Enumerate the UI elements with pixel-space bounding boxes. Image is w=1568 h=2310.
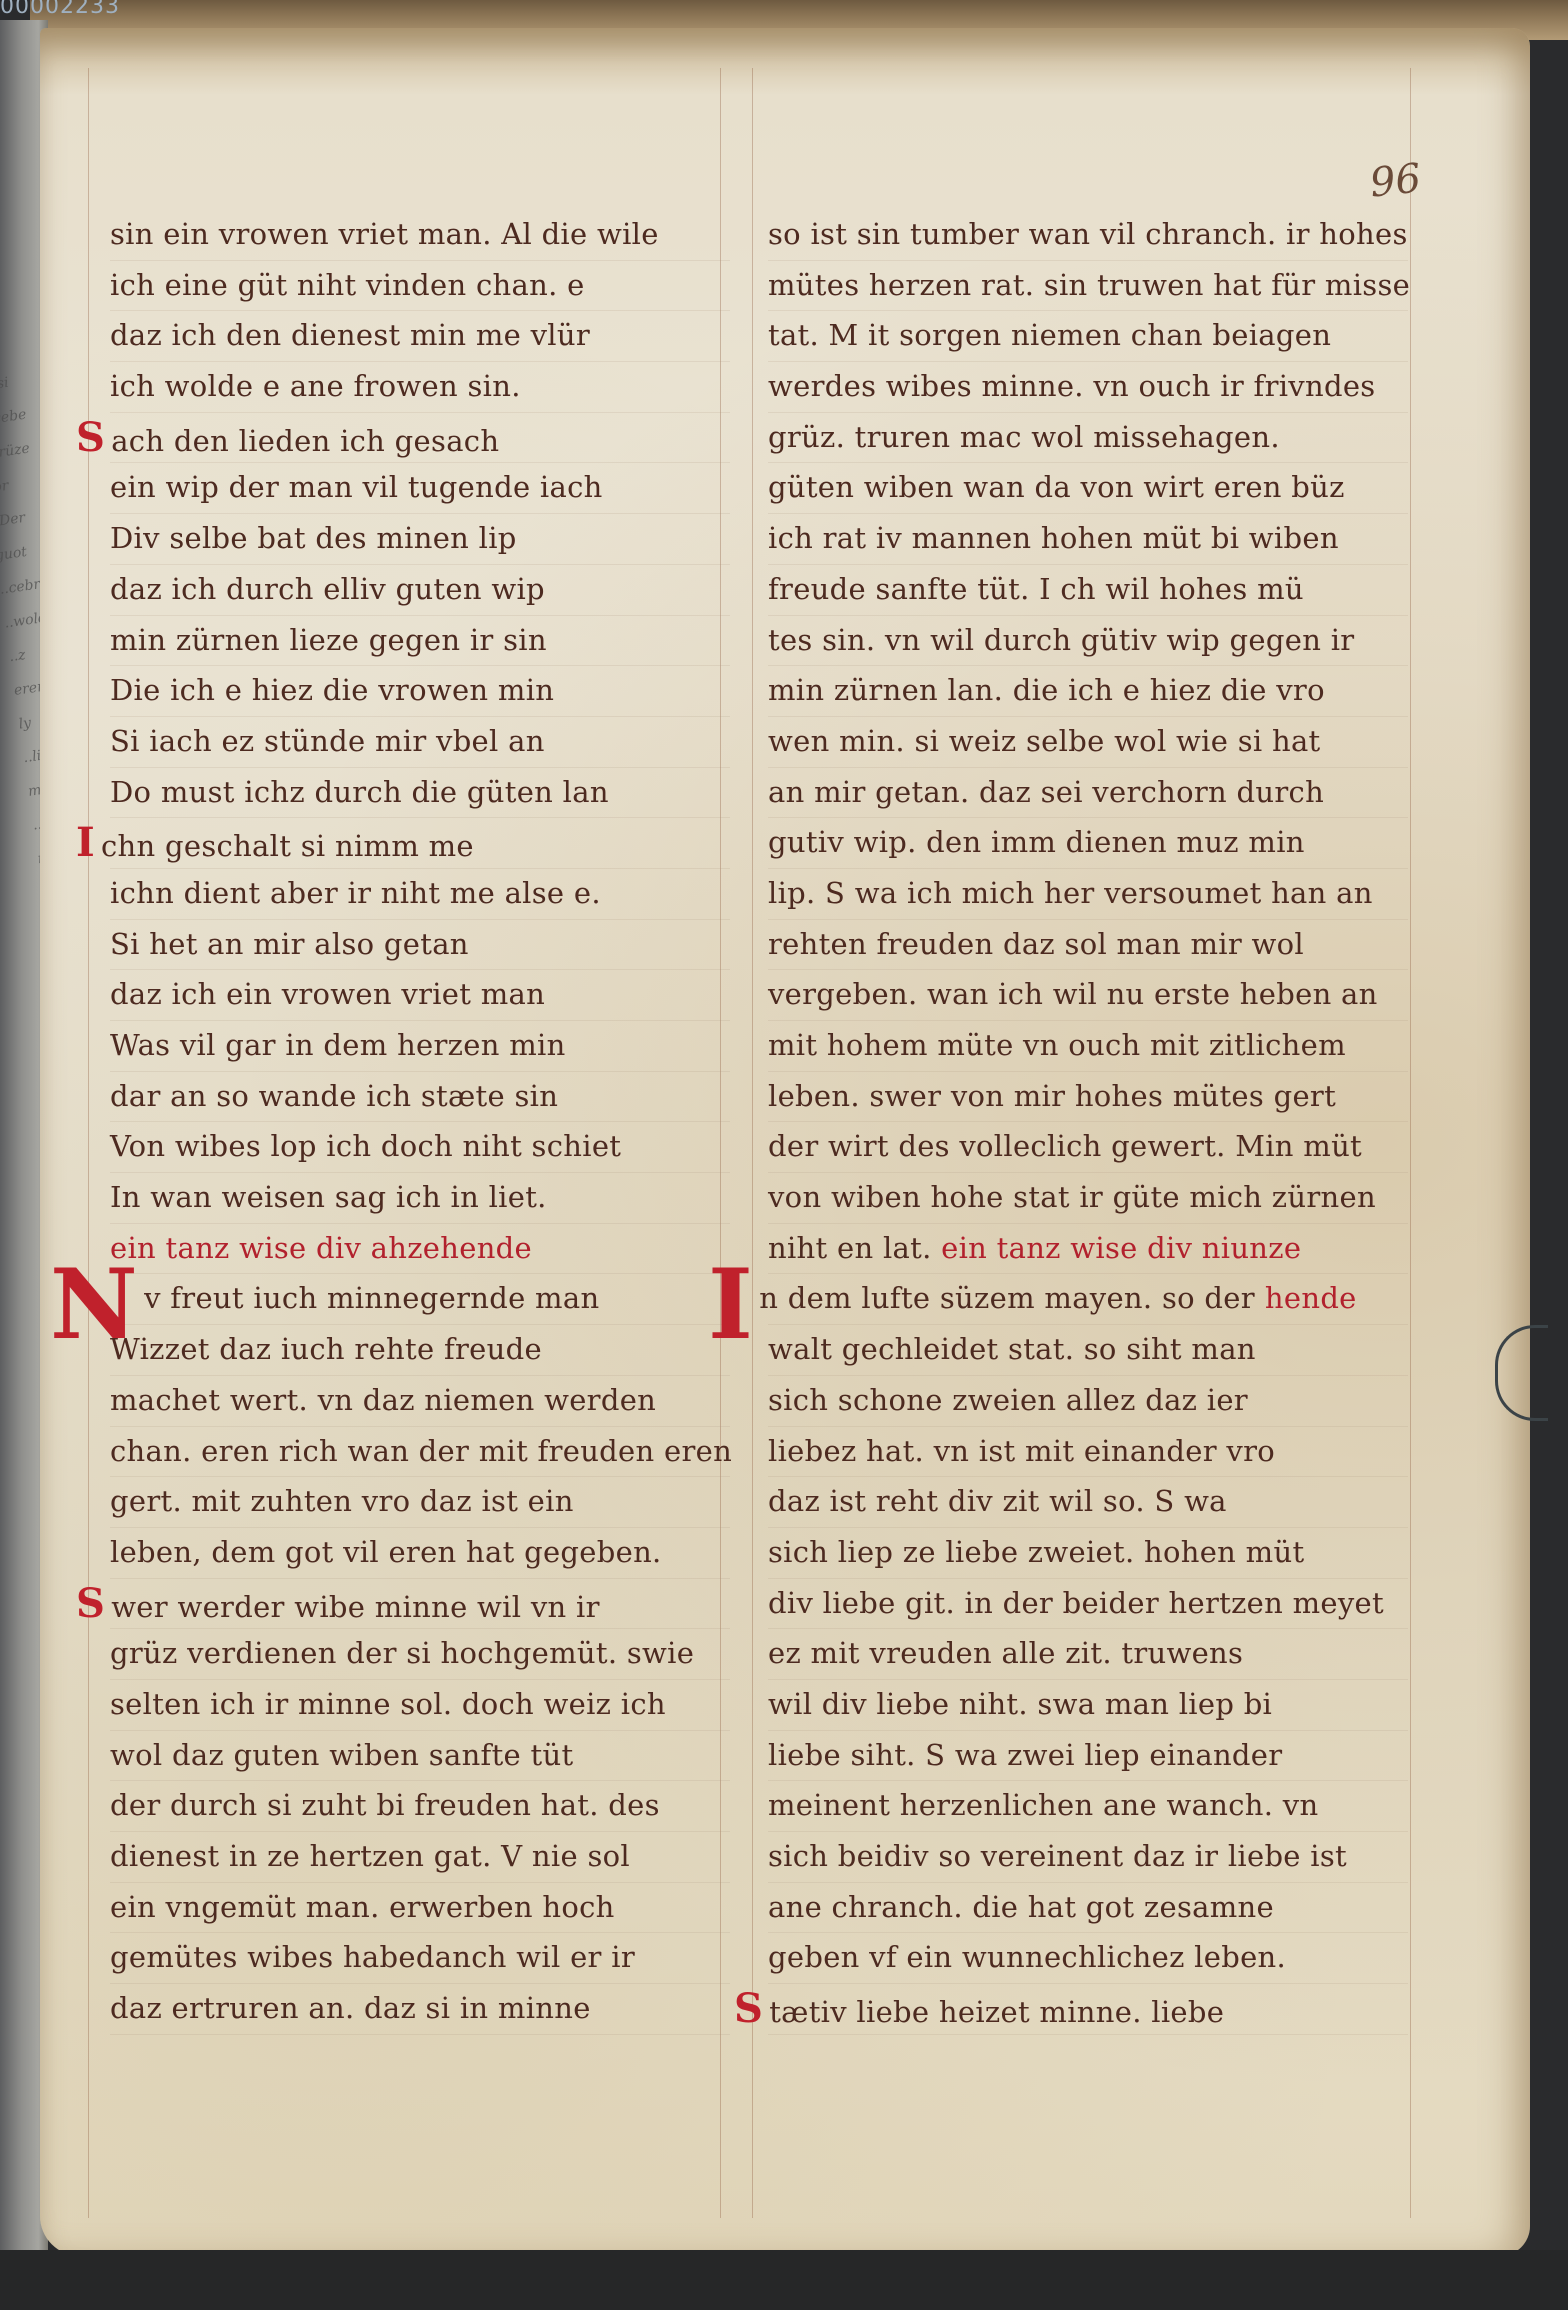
line-text: Si iach ez stünde mir vbel an bbox=[110, 724, 545, 758]
text-line: Von wibes lop ich doch niht schiet bbox=[110, 1122, 730, 1173]
text-line: machet wert. vn daz niemen werden bbox=[110, 1376, 730, 1427]
line-text: Si het an mir also getan bbox=[110, 927, 469, 961]
text-line: ich eine güt niht vinden chan. e bbox=[110, 261, 730, 312]
line-text: niht en lat. bbox=[768, 1231, 941, 1265]
line-text: machet wert. vn daz niemen werden bbox=[110, 1383, 656, 1417]
text-line: güten wiben wan da von wirt eren büz bbox=[768, 463, 1408, 514]
text-line: gutiv wip. den imm dienen muz min bbox=[768, 818, 1408, 869]
text-line: an mir getan. daz sei verchorn durch bbox=[768, 768, 1408, 819]
text-line: vergeben. wan ich wil nu erste heben an bbox=[768, 970, 1408, 1021]
line-text: gert. mit zuhten vro daz ist ein bbox=[110, 1484, 574, 1518]
scan-id-label: 00002233 bbox=[0, 0, 120, 19]
marginal-rubric: hende bbox=[1265, 1281, 1357, 1315]
text-line: sich schone zweien allez daz ier bbox=[768, 1376, 1408, 1427]
line-text: von wiben hohe stat ir güte mich zürnen bbox=[768, 1180, 1376, 1214]
line-text: Div selbe bat des minen lip bbox=[110, 521, 517, 555]
line-text: sin ein vrowen vriet man. Al die wile bbox=[110, 217, 659, 251]
text-line: min zürnen lieze gegen ir sin bbox=[110, 616, 730, 667]
text-line: chan. eren rich wan der mit freuden eren bbox=[110, 1427, 730, 1478]
text-line: In wan weisen sag ich in liet. bbox=[110, 1173, 730, 1224]
line-text: Do must ichz durch die güten lan bbox=[110, 775, 609, 809]
text-line: gert. mit zuhten vro daz ist ein bbox=[110, 1477, 730, 1528]
text-line: min zürnen lan. die ich e hiez die vro bbox=[768, 666, 1408, 717]
line-text: tætiv liebe heizet minne. liebe bbox=[769, 1995, 1224, 2029]
line-text: liebez hat. vn ist mit einander vro bbox=[768, 1434, 1275, 1468]
line-text: ach den lieden ich gesach bbox=[111, 424, 499, 458]
text-line: leben. swer von mir hohes mütes gert bbox=[768, 1072, 1408, 1123]
line-text: min zürnen lan. die ich e hiez die vro bbox=[768, 673, 1325, 707]
line-text: werdes wibes minne. vn ouch ir frivndes bbox=[768, 369, 1375, 403]
text-line: Die ich e hiez die vrowen min bbox=[110, 666, 730, 717]
line-text: ich rat iv mannen hohen müt bi wiben bbox=[768, 521, 1339, 555]
background-bottom bbox=[0, 2250, 1568, 2310]
text-line: tes sin. vn wil durch gütiv wip gegen ir bbox=[768, 616, 1408, 667]
text-line: dar an so wande ich stæte sin bbox=[110, 1072, 730, 1123]
line-text: selten ich ir minne sol. doch weiz ich bbox=[110, 1687, 666, 1721]
red-initial: S bbox=[76, 1579, 105, 1629]
text-line: Si het an mir also getan bbox=[110, 920, 730, 971]
text-line: daz ertruren an. daz si in minne bbox=[110, 1984, 730, 2035]
text-line: Do must ichz durch die güten lan bbox=[110, 768, 730, 819]
text-line: walt gechleidet stat. so siht man bbox=[768, 1325, 1408, 1376]
text-line: daz ich durch elliv guten wip bbox=[110, 565, 730, 616]
spine-fragment: ..cebruke bbox=[0, 568, 42, 607]
line-text: ich eine güt niht vinden chan. e bbox=[110, 268, 585, 302]
line-text: In wan weisen sag ich in liet. bbox=[110, 1180, 547, 1214]
line-text: gutiv wip. den imm dienen muz min bbox=[768, 825, 1305, 859]
line-text: wer werder wibe minne wil vn ir bbox=[111, 1590, 600, 1624]
text-line: Was vil gar in dem herzen min bbox=[110, 1021, 730, 1072]
line-text: meinent herzenlichen ane wanch. vn bbox=[768, 1788, 1318, 1822]
text-line: grüz. truren mac wol missehagen. bbox=[768, 413, 1408, 464]
text-line: gemütes wibes habedanch wil er ir bbox=[110, 1933, 730, 1984]
line-text: ez mit vreuden alle zit. truwens bbox=[768, 1636, 1243, 1670]
line-text: freude sanfte tüt. I ch wil hohes mü bbox=[768, 572, 1304, 606]
text-line: div liebe git. in der beider hertzen mey… bbox=[768, 1579, 1408, 1630]
text-line: wol daz guten wiben sanfte tüt bbox=[110, 1731, 730, 1782]
line-text: lip. S wa ich mich her versoumet han an bbox=[768, 876, 1373, 910]
text-line: liebez hat. vn ist mit einander vro bbox=[768, 1427, 1408, 1478]
text-line: ich rat iv mannen hohen müt bi wiben bbox=[768, 514, 1408, 565]
text-line: Div selbe bat des minen lip bbox=[110, 514, 730, 565]
line-text: liebe siht. S wa zwei liep einander bbox=[768, 1738, 1282, 1772]
text-line: der durch si zuht bi freuden hat. des bbox=[110, 1781, 730, 1832]
line-text: an mir getan. daz sei verchorn durch bbox=[768, 775, 1324, 809]
text-line: leben, dem got vil eren hat gegeben. bbox=[110, 1528, 730, 1579]
text-line: ein wip der man vil tugende iach bbox=[110, 463, 730, 514]
text-line: sin ein vrowen vriet man. Al die wile bbox=[110, 210, 730, 261]
text-line: ichn dient aber ir niht me alse e. bbox=[110, 869, 730, 920]
text-line: tat. M it sorgen niemen chan beiagen bbox=[768, 311, 1408, 362]
red-initial: S bbox=[76, 413, 105, 463]
line-text: der wirt des volleclich gewert. Min müt bbox=[768, 1129, 1362, 1163]
line-text: chn geschalt si nimm me bbox=[101, 829, 474, 863]
text-line: wen min. si weiz selbe wol wie si hat bbox=[768, 717, 1408, 768]
line-text: daz ich durch elliv guten wip bbox=[110, 572, 545, 606]
ruling-line bbox=[1410, 68, 1411, 2218]
text-line: Sach den lieden ich gesach bbox=[110, 413, 730, 464]
text-line: daz ich ein vrowen vriet man bbox=[110, 970, 730, 1021]
line-text: Die ich e hiez die vrowen min bbox=[110, 673, 554, 707]
text-line: selten ich ir minne sol. doch weiz ich bbox=[110, 1680, 730, 1731]
text-line: werdes wibes minne. vn ouch ir frivndes bbox=[768, 362, 1408, 413]
text-line: sich beidiv so vereinent daz ir liebe is… bbox=[768, 1832, 1408, 1883]
line-text: ane chranch. die hat got zesamne bbox=[768, 1890, 1274, 1924]
text-line: lip. S wa ich mich her versoumet han an bbox=[768, 869, 1408, 920]
line-text: so ist sin tumber wan vil chranch. ir ho… bbox=[768, 217, 1408, 251]
line-text: leben, dem got vil eren hat gegeben. bbox=[110, 1535, 662, 1569]
text-line: geben vf ein wunnechlichez leben. bbox=[768, 1933, 1408, 1984]
line-text: v freut iuch minnegernde man bbox=[144, 1281, 599, 1315]
line-text: daz ist reht div zit wil so. S wa bbox=[768, 1484, 1227, 1518]
line-text: ich wolde e ane frowen sin. bbox=[110, 369, 521, 403]
line-text: min zürnen lieze gegen ir sin bbox=[110, 623, 547, 657]
line-text: Was vil gar in dem herzen min bbox=[110, 1028, 566, 1062]
rubric-heading: ein tanz wise div ahzehende bbox=[110, 1224, 730, 1275]
line-text: sich beidiv so vereinent daz ir liebe is… bbox=[768, 1839, 1347, 1873]
text-line: so ist sin tumber wan vil chranch. ir ho… bbox=[768, 210, 1408, 261]
text-line: In dem lufte süzem mayen. so derhende bbox=[768, 1274, 1408, 1325]
text-line: Ichn geschalt si nimm me bbox=[110, 818, 730, 869]
text-line: der wirt des volleclich gewert. Min müt bbox=[768, 1122, 1408, 1173]
text-line: Swer werder wibe minne wil vn ir bbox=[110, 1579, 730, 1630]
text-line: wil div liebe niht. swa man liep bi bbox=[768, 1680, 1408, 1731]
text-line: ich wolde e ane frowen sin. bbox=[110, 362, 730, 413]
line-text: ichn dient aber ir niht me alse e. bbox=[110, 876, 601, 910]
line-text: ein vngemüt man. erwerben hoch bbox=[110, 1890, 615, 1924]
line-text: daz ich den dienest min me vlür bbox=[110, 318, 590, 352]
folio-number: 96 bbox=[1368, 155, 1423, 206]
text-line: Stætiv liebe heizet minne. liebe bbox=[768, 1984, 1408, 2035]
line-text: mütes herzen rat. sin truwen hat für mis… bbox=[768, 268, 1410, 302]
line-text: tes sin. vn wil durch gütiv wip gegen ir bbox=[768, 623, 1354, 657]
line-text: vergeben. wan ich wil nu erste heben an bbox=[768, 977, 1378, 1011]
line-text: rehten freuden daz sol man mir wol bbox=[768, 927, 1304, 961]
line-text: Wizzet daz iuch rehte freude bbox=[110, 1332, 542, 1366]
text-line: rehten freuden daz sol man mir wol bbox=[768, 920, 1408, 971]
text-line: ein vngemüt man. erwerben hoch bbox=[110, 1883, 730, 1934]
text-line: daz ist reht div zit wil so. S wa bbox=[768, 1477, 1408, 1528]
line-text: Von wibes lop ich doch niht schiet bbox=[110, 1129, 621, 1163]
line-text: ein tanz wise div ahzehende bbox=[110, 1231, 532, 1265]
text-line: dienest in ze hertzen gat. V nie sol bbox=[110, 1832, 730, 1883]
red-initial: I bbox=[76, 818, 95, 868]
line-text: div liebe git. in der beider hertzen mey… bbox=[768, 1586, 1384, 1620]
text-line: sich liep ze liebe zweiet. hohen müt bbox=[768, 1528, 1408, 1579]
text-line: Wizzet daz iuch rehte freude bbox=[110, 1325, 730, 1376]
spine-fragment: ..Der guot bbox=[0, 500, 37, 573]
text-line: von wiben hohe stat ir güte mich zürnen bbox=[768, 1173, 1408, 1224]
line-text: der durch si zuht bi freuden hat. des bbox=[110, 1788, 660, 1822]
line-text: dienest in ze hertzen gat. V nie sol bbox=[110, 1839, 630, 1873]
text-line: daz ich den dienest min me vlür bbox=[110, 311, 730, 362]
text-line: liebe siht. S wa zwei liep einander bbox=[768, 1731, 1408, 1782]
ruling-line bbox=[88, 68, 89, 2218]
red-initial: I bbox=[708, 1275, 753, 1335]
line-text: mit hohem müte vn ouch mit zitlichem bbox=[768, 1028, 1346, 1062]
text-line: ez mit vreuden alle zit. truwens bbox=[768, 1629, 1408, 1680]
text-line: mütes herzen rat. sin truwen hat für mis… bbox=[768, 261, 1408, 312]
text-line: meinent herzenlichen ane wanch. vn bbox=[768, 1781, 1408, 1832]
red-initial: S bbox=[734, 1984, 763, 2034]
ruling-line bbox=[752, 68, 753, 2218]
text-line: grüz verdienen der si hochgemüt. swie bbox=[110, 1629, 730, 1680]
spine-fragment: ..n ich si bbox=[0, 332, 13, 405]
line-text: leben. swer von mir hohes mütes gert bbox=[768, 1079, 1336, 1113]
right-text-column: so ist sin tumber wan vil chranch. ir ho… bbox=[768, 210, 1408, 2035]
line-text: wol daz guten wiben sanfte tüt bbox=[110, 1738, 573, 1772]
line-text: grüz. truren mac wol missehagen. bbox=[768, 420, 1280, 454]
line-text: dar an so wande ich stæte sin bbox=[110, 1079, 558, 1113]
text-line: mit hohem müte vn ouch mit zitlichem bbox=[768, 1021, 1408, 1072]
line-text: geben vf ein wunnechlichez leben. bbox=[768, 1940, 1286, 1974]
left-text-column: sin ein vrowen vriet man. Al die wileich… bbox=[110, 210, 730, 2035]
line-text: wil div liebe niht. swa man liep bi bbox=[768, 1687, 1272, 1721]
text-line: Si iach ez stünde mir vbel an bbox=[110, 717, 730, 768]
line-text: grüz verdienen der si hochgemüt. swie bbox=[110, 1636, 694, 1670]
line-text: gemütes wibes habedanch wil er ir bbox=[110, 1940, 635, 1974]
spine-fragment: ..grüze vor bbox=[0, 433, 28, 506]
text-line: Nv freut iuch minnegernde man bbox=[110, 1274, 730, 1325]
line-text: daz ich ein vrowen vriet man bbox=[110, 977, 545, 1011]
line-text: ein wip der man vil tugende iach bbox=[110, 470, 603, 504]
line-text: sich liep ze liebe zweiet. hohen müt bbox=[768, 1535, 1304, 1569]
rubric-heading: ein tanz wise div niunze bbox=[941, 1231, 1301, 1265]
line-text: walt gechleidet stat. so siht man bbox=[768, 1332, 1256, 1366]
text-line: freude sanfte tüt. I ch wil hohes mü bbox=[768, 565, 1408, 616]
text-line: ane chranch. die hat got zesamne bbox=[768, 1883, 1408, 1934]
line-text: güten wiben wan da von wirt eren büz bbox=[768, 470, 1345, 504]
line-text: tat. M it sorgen niemen chan beiagen bbox=[768, 318, 1331, 352]
line-text: wen min. si weiz selbe wol wie si hat bbox=[768, 724, 1321, 758]
line-text: chan. eren rich wan der mit freuden eren bbox=[110, 1434, 732, 1468]
line-text: n dem lufte süzem mayen. so der bbox=[759, 1281, 1255, 1315]
text-line: niht en lat. ein tanz wise div niunze bbox=[768, 1224, 1408, 1275]
line-text: sich schone zweien allez daz ier bbox=[768, 1383, 1248, 1417]
line-text: daz ertruren an. daz si in minne bbox=[110, 1991, 591, 2025]
